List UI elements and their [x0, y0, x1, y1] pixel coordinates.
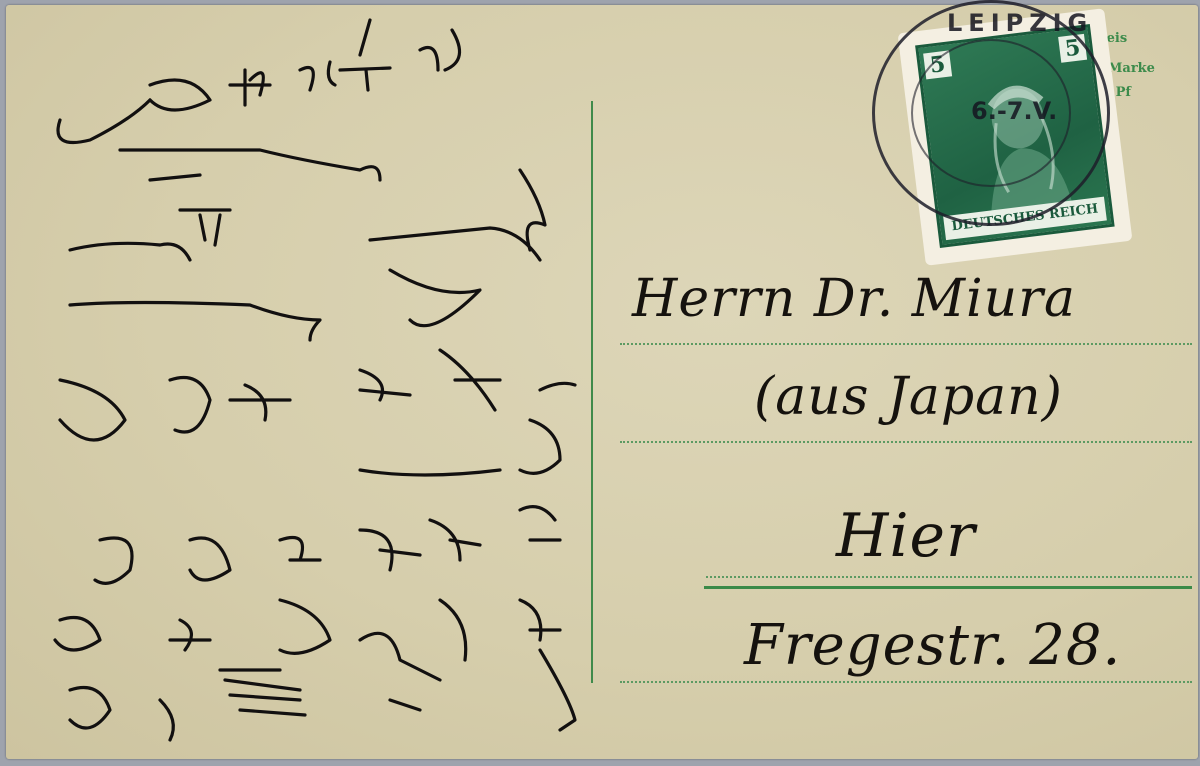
address-line-2 [620, 441, 1192, 443]
address-line-1 [620, 343, 1192, 345]
postmark-date: 6.-7.V. [971, 97, 1057, 125]
address-line-3-solid [704, 586, 1192, 589]
address-locality: Hier [836, 501, 976, 571]
address-street: Fregestr. 28. [744, 613, 1121, 678]
japanese-handwriting-strokes [0, 0, 600, 766]
postmark-circle: LEIPZIG 6.-7.V. [872, 0, 1110, 226]
postmark-city: LEIPZIG [947, 9, 1093, 37]
address-origin-note: (aus Japan) [754, 367, 1063, 427]
address-line-4 [620, 681, 1192, 683]
address-recipient: Herrn Dr. Miura [632, 269, 1076, 329]
address-line-3-dotted [706, 576, 1192, 578]
